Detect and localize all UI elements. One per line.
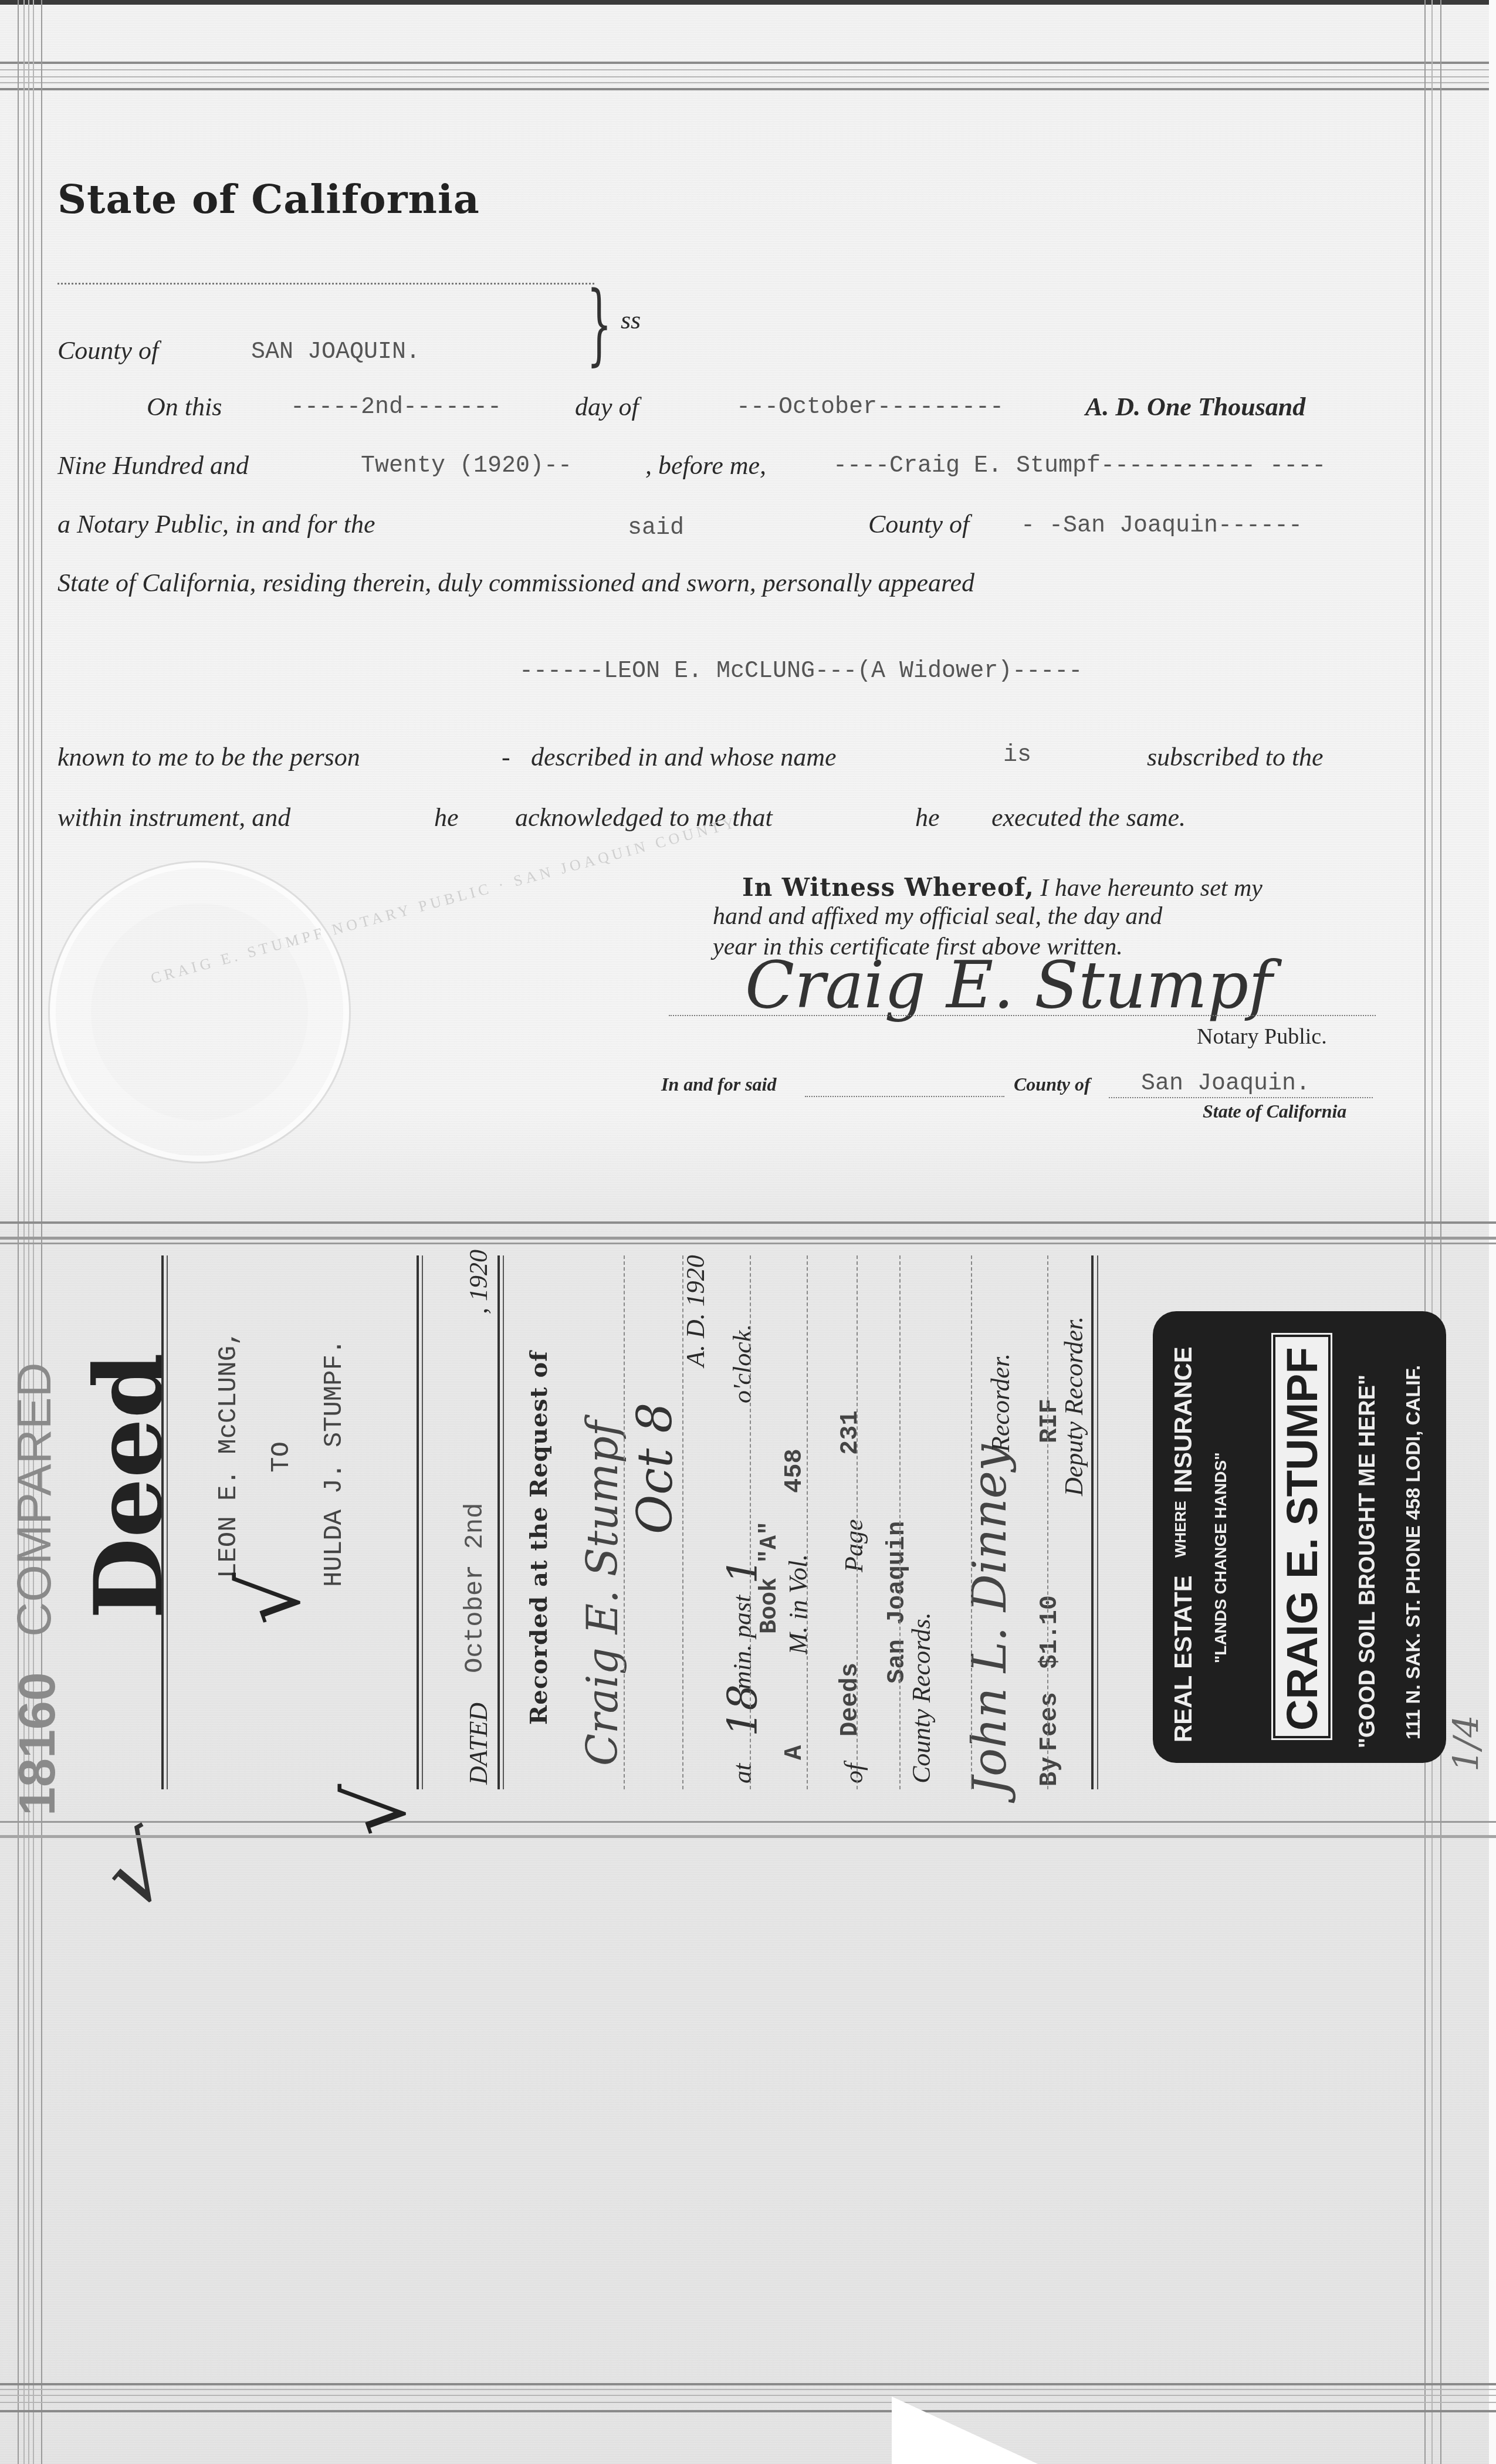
deed-column-rule [167, 1255, 168, 1789]
document-number-stamp: 18160 [7, 1672, 67, 1816]
dashed-column [971, 1255, 972, 1789]
fold-crease [0, 1237, 1496, 1240]
deed-column-rule [497, 1255, 500, 1789]
deed-column-rule [503, 1255, 504, 1789]
witness-line-1: In Witness Whereof, I have hereunto set … [742, 873, 1263, 902]
witness-lead: In Witness Whereof, [742, 873, 1034, 902]
he-value-1: he [434, 803, 459, 832]
day-of-label: day of [575, 392, 639, 422]
ad-lands-change-hands: "LANDS CHANGE HANDS" [1211, 1453, 1230, 1663]
margin-line [41, 0, 42, 2464]
dashed-column [682, 1255, 683, 1789]
said-value: said [628, 515, 684, 541]
min-past-label: min. past [727, 1595, 757, 1690]
at-label: at [727, 1764, 757, 1783]
vol-value: 458 [780, 1448, 808, 1493]
ad-where: WHERE [1172, 1501, 1190, 1558]
fees-value: $1.10 [1035, 1595, 1064, 1669]
appeared-person: ------LEON E. McCLUNG---(A Widower)----- [519, 658, 1082, 685]
dashed-column [1047, 1255, 1048, 1789]
to-label: TO [267, 1441, 296, 1473]
is-value: is [1003, 742, 1031, 769]
deeds-value: Deeds [836, 1663, 864, 1737]
advertisement-card: REAL ESTATE WHERE INSURANCE "LANDS CHANG… [1153, 1311, 1446, 1763]
grantee: HULDA J. STUMPF. [320, 1339, 349, 1587]
check-mark-icon: √ [88, 1814, 188, 1930]
ad-address: 111 N. SAK. ST. PHONE 458 LODI, CALIF. [1402, 1365, 1424, 1739]
page-value: 231 [836, 1410, 864, 1455]
described-label: described in and whose name [531, 742, 837, 772]
recorded-ad: A. D. 1920 [681, 1255, 710, 1367]
bottom-rule [0, 2402, 1496, 2403]
top-rule [0, 76, 1496, 77]
recorded-date-handwritten: Oct 8 [628, 1403, 683, 1534]
ad-insurance: INSURANCE [1169, 1346, 1197, 1493]
ad-name: CRAIG E. STUMPF [1277, 1347, 1327, 1731]
dashed-column [899, 1255, 901, 1789]
ad-label: A. D. One Thousand [1085, 392, 1305, 422]
top-rule [0, 88, 1496, 90]
page-edge [1489, 0, 1496, 2464]
bottom-rule [0, 2389, 1496, 2390]
deputy-recorder-label: Deputy Recorder. [1059, 1316, 1089, 1496]
scan-edge [0, 0, 1496, 5]
county-sig-value: San Joaquin. [1141, 1071, 1310, 1097]
top-rule [0, 82, 1496, 83]
state-sig-label: State of California [1203, 1101, 1346, 1122]
check-mark-icon: √ [329, 1784, 424, 1836]
requester-handwritten: Craig E. Stumpf [578, 1421, 627, 1766]
back-bottom-rule [0, 1821, 1496, 1823]
dashed-column [750, 1255, 751, 1789]
year-label: Nine Hundred and [57, 451, 249, 480]
county-value: SAN JOAQUIN. [251, 339, 420, 365]
ad-slogan: "GOOD SOIL BROUGHT ME HERE" [1355, 1375, 1380, 1748]
deed-column-rule [422, 1255, 423, 1789]
before-me-label: , before me, [645, 451, 766, 480]
he-value-2: he [915, 803, 940, 832]
m-in-vol-label: M. in Vol. [783, 1554, 813, 1654]
day-value: -----2nd------- [290, 394, 502, 421]
recorder-signature: John L. Dinney [962, 1444, 1017, 1795]
margin-line [18, 0, 19, 2464]
document-page: State of California } ss County of SAN J… [0, 0, 1496, 2464]
margin-line [23, 0, 25, 2464]
compared-stamp: COMPARED [7, 1362, 62, 1637]
margin-line [1440, 0, 1441, 2464]
margin-line [28, 0, 29, 2464]
residing-statement: State of California, residing therein, d… [57, 568, 974, 598]
deed-column-rule [161, 1255, 164, 1789]
deed-column-rule [1091, 1255, 1094, 1789]
county-of-sig-label: County of [1014, 1074, 1091, 1095]
venue-line [57, 283, 594, 285]
fold-line [0, 1221, 1496, 1224]
book-value: Book "A" [757, 1521, 783, 1634]
dashed-column [624, 1255, 625, 1789]
deed-column-rule [417, 1255, 419, 1789]
back-top-rule [0, 1243, 1496, 1244]
month-value: ---October--------- [736, 394, 1004, 421]
known-label: known to me to be the person [57, 742, 360, 772]
notary-public-label: a Notary Public, in and for the [57, 509, 375, 539]
margin-line [1431, 0, 1433, 2464]
dated-value: October 2nd [461, 1503, 490, 1673]
witness-rest: I have hereunto set my [1040, 875, 1263, 902]
executed-label: executed the same. [991, 803, 1186, 832]
signature-line [669, 1015, 1376, 1016]
county-of-label: County of [868, 509, 969, 539]
bottom-rule [0, 2395, 1496, 2396]
county-sig-line [1109, 1097, 1373, 1098]
margin-line [33, 0, 34, 2464]
witness-line-2: hand and affixed my official seal, the d… [713, 902, 1162, 930]
in-and-for-said-label: In and for said [661, 1074, 777, 1095]
by-label: By [1035, 1757, 1064, 1786]
in-and-for-line [805, 1096, 1004, 1097]
dash: - [502, 742, 510, 772]
bottom-rule [0, 2383, 1496, 2385]
dated-year: , 1920 [463, 1250, 493, 1314]
venue-ss: ss [621, 305, 641, 335]
oclock-label: o'clock. [727, 1324, 757, 1403]
county-label: County of [57, 336, 158, 365]
am-value: A [780, 1745, 808, 1760]
county-value-2: - -San Joaquin------ [1021, 513, 1302, 539]
ad-real-estate: REAL ESTATE [1169, 1575, 1197, 1742]
page-label: Page [839, 1519, 869, 1572]
notary-name-value: ----Craig E. Stumpf----------- ---- [833, 453, 1326, 479]
on-this-label: On this [147, 392, 222, 422]
notary-seal-embossed [50, 862, 349, 1162]
subscribed-label: subscribed to the [1147, 742, 1324, 772]
certificate-title: State of California [57, 176, 480, 223]
lower-fold-crease [0, 1835, 1496, 1838]
minutes-handwritten: 18 [719, 1684, 767, 1737]
recorder-label: Recorder. [986, 1353, 1016, 1452]
grantor: LEON E. McCLUNG, [214, 1331, 243, 1578]
county-records-label: County Records. [906, 1612, 936, 1783]
within-label: within instrument, and [57, 803, 290, 832]
notary-public-sig-label: Notary Public. [1197, 1024, 1327, 1050]
top-rule [0, 62, 1496, 64]
deed-column-rule [1097, 1255, 1098, 1789]
year-value: Twenty (1920)-- [361, 453, 572, 479]
margin-line [1424, 0, 1426, 2464]
check-mark-icon: √ [223, 1573, 319, 1625]
bottom-rule [0, 2410, 1496, 2412]
dated-label: DATED [463, 1703, 493, 1785]
dashed-column [807, 1255, 808, 1789]
margin-note: 1/4 [1446, 1715, 1487, 1772]
of-label: of [839, 1764, 869, 1783]
venue-brace: } [587, 280, 612, 368]
torn-corner [892, 2397, 1044, 2464]
dashed-column [857, 1255, 858, 1789]
recorded-request-label: Recorded at the Request of [525, 1351, 553, 1725]
top-rule [0, 69, 1496, 70]
notary-signature: Craig E. Stumpf [745, 947, 1272, 1023]
fees-label: Fees [1035, 1692, 1064, 1751]
